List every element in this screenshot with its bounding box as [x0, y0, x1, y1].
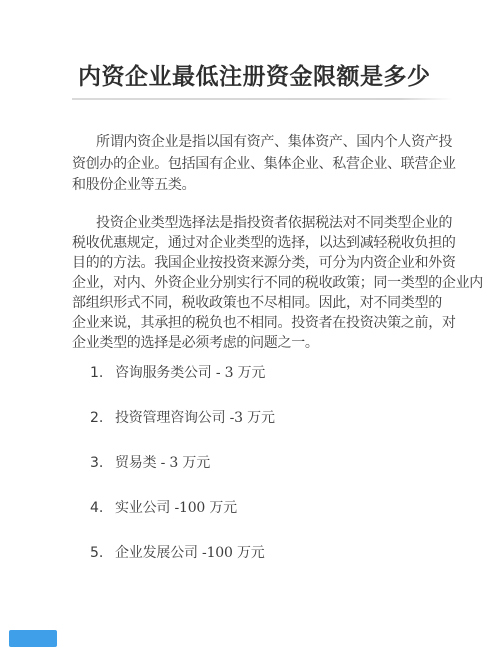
list-item-number: 2.	[90, 411, 115, 426]
intro-paragraph: 所谓内资企业是指以国有资产、集体资产、国内个人资产投 资创办的企业。包括国有企业…	[72, 132, 456, 197]
page-title: 内资企业最低注册资金限额是多少	[78, 58, 431, 91]
list-item-text: 咨询服务类公司 - 3 万元	[115, 366, 265, 381]
list-item-number: 4.	[90, 501, 115, 516]
list-item: 3. 贸易类 - 3 万元	[90, 456, 275, 471]
investment-type-paragraph: 投资企业类型选择法是指投资者依据税法对不同类型企业的 税收优惠规定，通过对企业类…	[72, 213, 483, 353]
list-item-text: 企业发展公司 -100 万元	[115, 546, 265, 561]
list-item: 1. 咨询服务类公司 - 3 万元	[90, 366, 275, 381]
document-page: 内资企业最低注册资金限额是多少 所谓内资企业是指以国有资产、集体资产、国内个人资…	[0, 0, 500, 648]
list-item-number: 1.	[90, 366, 115, 381]
list-item-number: 5.	[90, 546, 115, 561]
footer-blue-badge	[9, 630, 57, 647]
list-item-text: 投资管理咨询公司 -3 万元	[115, 411, 275, 426]
list-item: 2. 投资管理咨询公司 -3 万元	[90, 411, 275, 426]
list-item: 4. 实业公司 -100 万元	[90, 501, 275, 516]
list-item-text: 实业公司 -100 万元	[115, 501, 237, 516]
capital-requirement-list: 1. 咨询服务类公司 - 3 万元 2. 投资管理咨询公司 -3 万元 3. 贸…	[90, 366, 275, 591]
list-item-number: 3.	[90, 456, 115, 471]
list-item-text: 贸易类 - 3 万元	[115, 456, 210, 471]
title-divider	[72, 98, 453, 100]
list-item: 5. 企业发展公司 -100 万元	[90, 546, 275, 561]
